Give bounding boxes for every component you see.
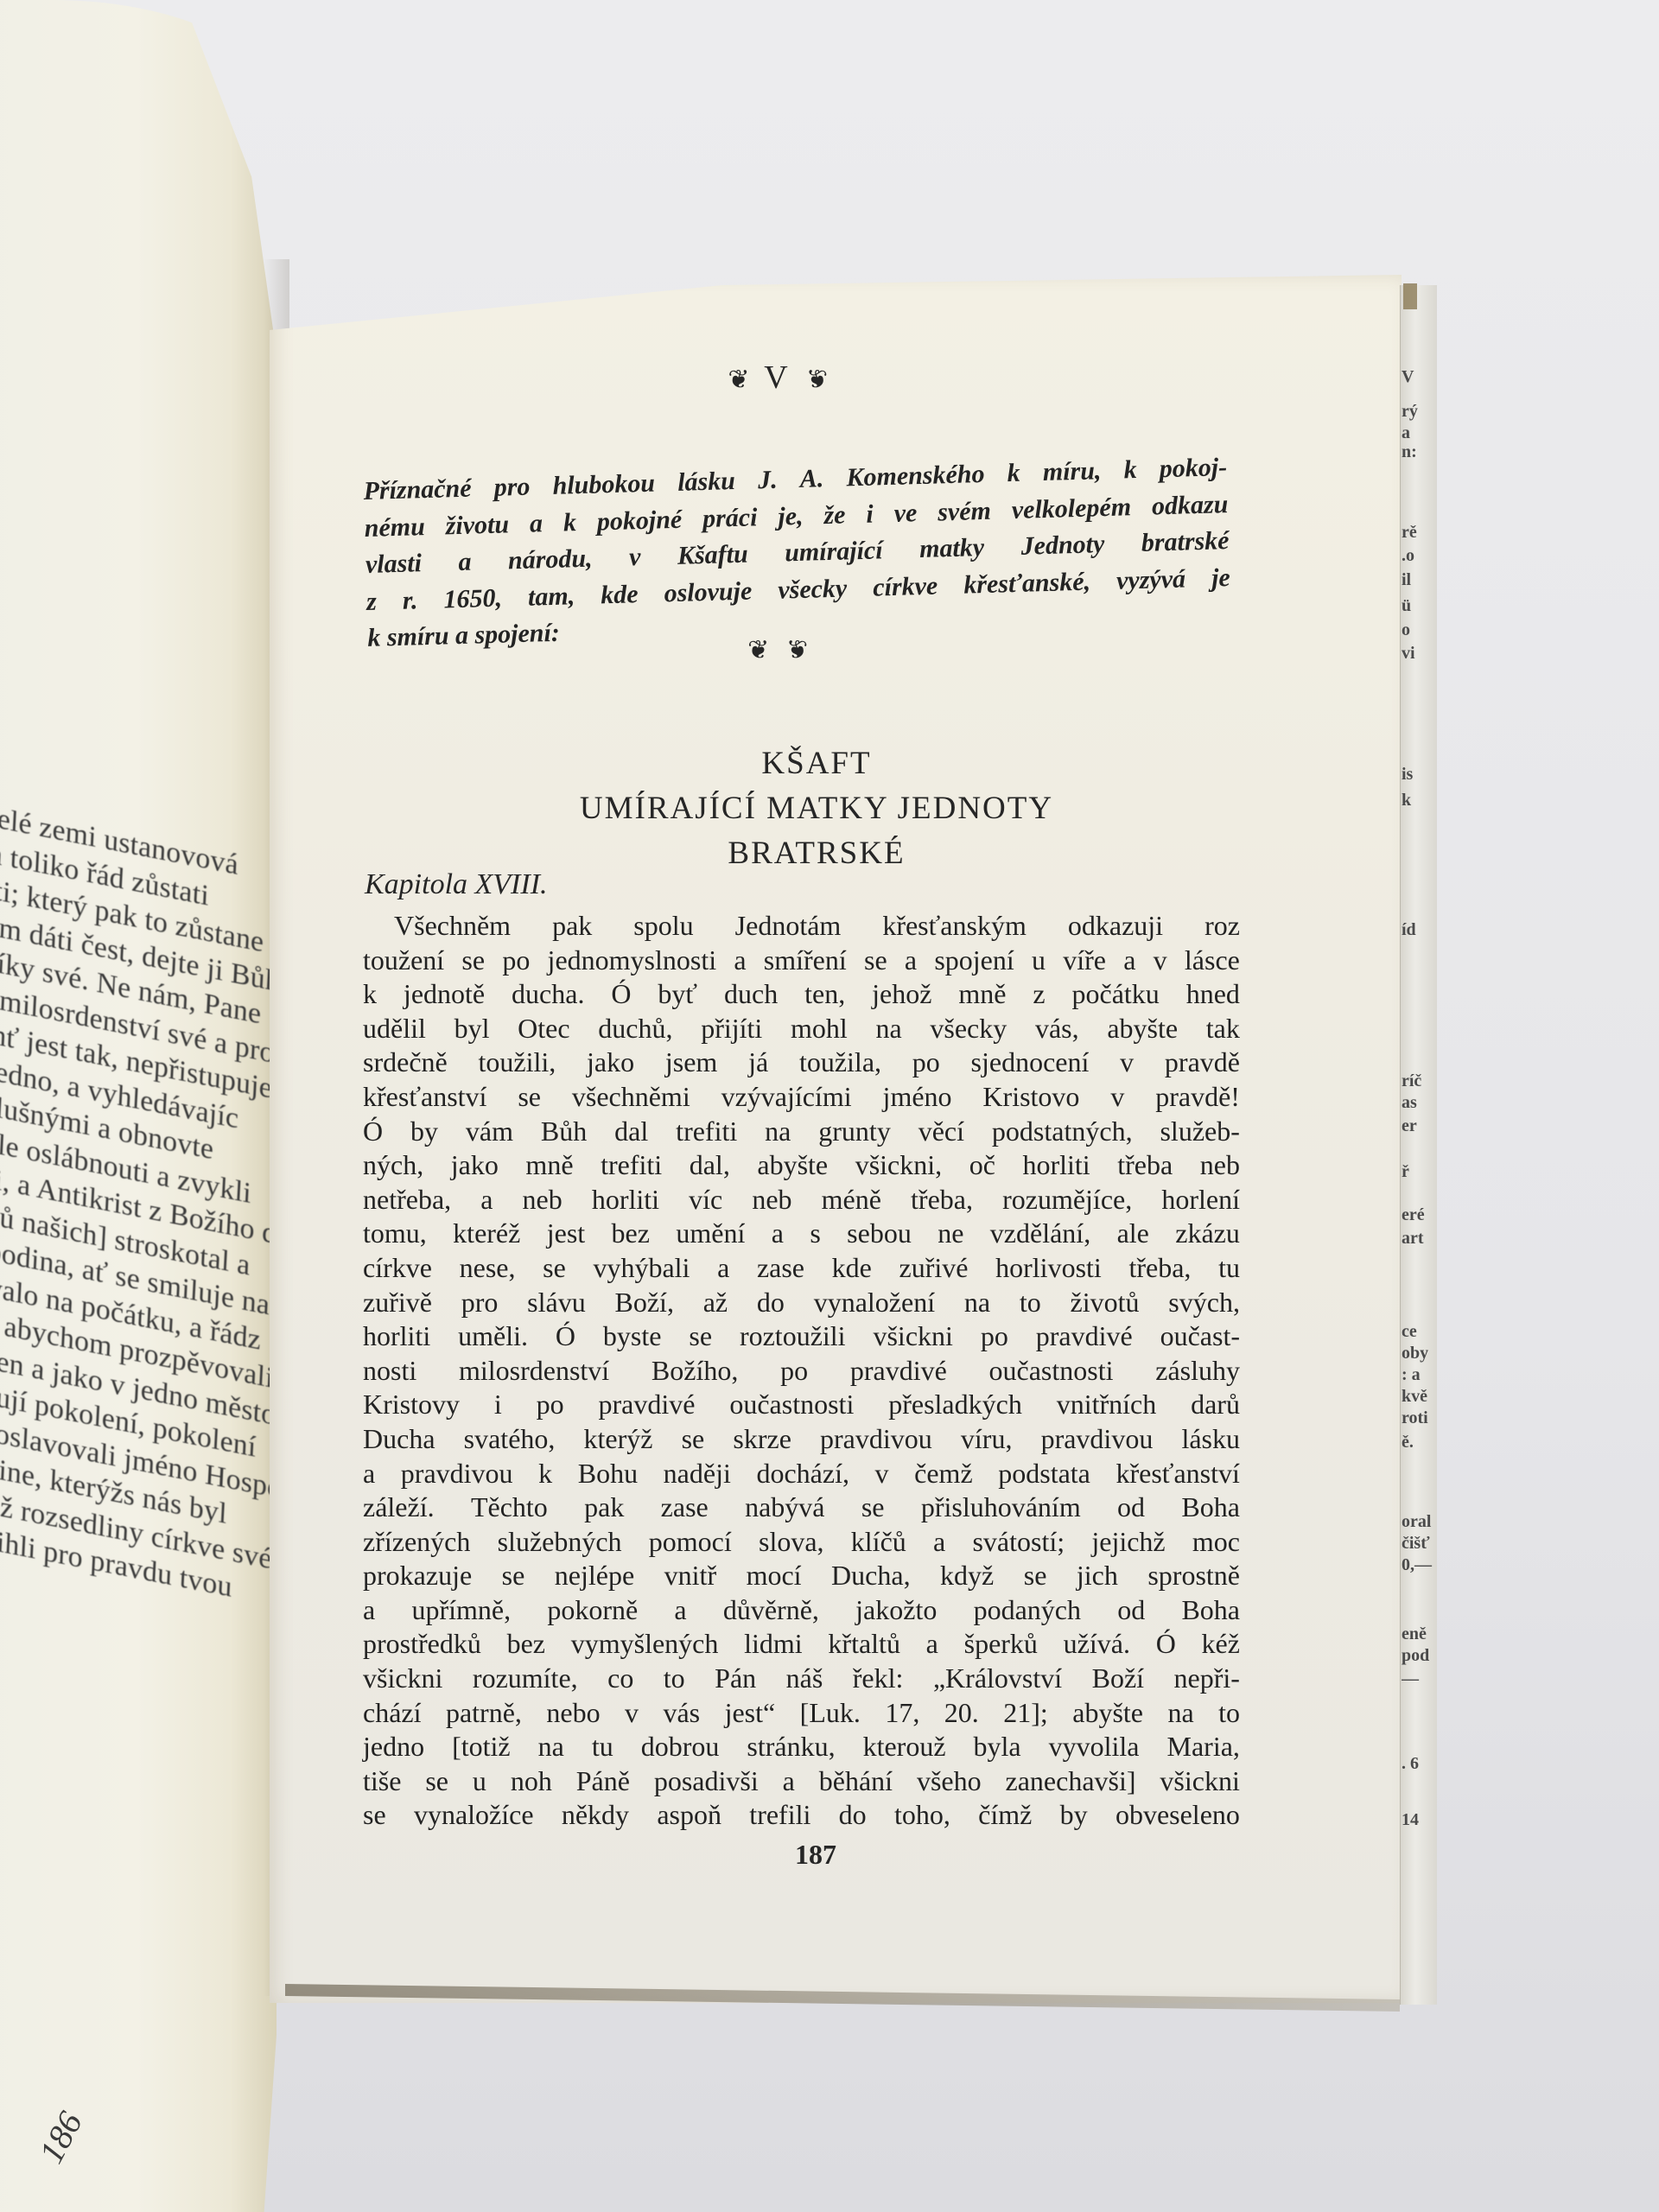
word: míru, <box>1042 453 1102 491</box>
word: mohl <box>791 1012 848 1046</box>
word: a <box>529 505 543 543</box>
word: dochází, <box>756 1457 849 1491</box>
word: vzdělání, <box>990 1217 1090 1251</box>
word: křesťanským <box>882 909 1027 944</box>
text-line: prostředkůbezvymyšlenýchlidmikřtaltůašpe… <box>363 1627 1240 1662</box>
text-line: netřeba,anebhorlitivícnebménětřeba,rozum… <box>363 1183 1240 1217</box>
word: 1650, <box>443 580 503 618</box>
word: se <box>682 1422 705 1457</box>
word: Kristovo <box>982 1080 1079 1115</box>
word: křesťanské, <box>963 563 1091 604</box>
word: i <box>866 496 874 533</box>
word: k smíru a spojení: <box>367 615 561 658</box>
edge-fragment: oral <box>1402 1512 1436 1532</box>
word: Boha <box>1181 1491 1240 1525</box>
word: naději <box>664 1457 731 1491</box>
word: hned <box>1186 977 1240 1012</box>
word: ducha. <box>512 977 584 1012</box>
word: A. <box>799 461 824 498</box>
word: stránku, <box>747 1730 835 1764</box>
edge-fragment: ě. <box>1402 1433 1436 1452</box>
word: oučast- <box>1160 1319 1240 1354</box>
text-line: cházípatrně,nebovvásjest“[Luk.17,20.21];… <box>363 1696 1240 1731</box>
word: Jednoty <box>1020 526 1105 565</box>
word: v <box>625 1696 639 1731</box>
edge-fragment: il <box>1402 570 1436 590</box>
word: vyzývá <box>1116 561 1186 600</box>
word: pravdivé <box>599 1388 696 1422</box>
word: v <box>629 539 642 576</box>
word: J. <box>757 462 778 499</box>
page-edge-stain <box>1403 283 1417 309</box>
edge-fragment: ü <box>1402 596 1436 616</box>
word: se <box>518 1080 541 1115</box>
word: jest <box>547 1217 585 1251</box>
word: se <box>689 1319 712 1354</box>
word: pro <box>493 469 531 507</box>
edge-fragment: íd <box>1402 920 1436 940</box>
text-line: udělilbylOtecduchů,přijítimohlnavšeckyvá… <box>363 1012 1240 1046</box>
word: pravdivé <box>850 1354 947 1389</box>
word: tak <box>1206 1012 1240 1046</box>
underlying-page-edges <box>1400 285 1437 2005</box>
word: vás, <box>1035 1012 1079 1046</box>
intro-paragraph: PříznačnéprohlubokouláskuJ.A.Komenskéhok… <box>363 449 1232 657</box>
word: bez <box>612 1217 650 1251</box>
text-line: prokazujesenejlépevnitřmocíDucha,kdyžsej… <box>363 1559 1240 1593</box>
word: pravdivou <box>820 1422 932 1457</box>
word: abyšte <box>1107 1012 1178 1046</box>
word: že <box>823 497 846 534</box>
word: klíčů <box>851 1525 906 1560</box>
word: zase <box>757 1251 804 1286</box>
word: prostředků <box>363 1627 481 1662</box>
word: jejichž <box>1091 1525 1165 1560</box>
word: nese, <box>460 1251 516 1286</box>
word: jako <box>587 1046 634 1080</box>
word: tu <box>592 1730 613 1764</box>
word: vynaložíce <box>414 1798 534 1833</box>
word: křtaltů <box>828 1627 900 1662</box>
edge-fragment: ríč <box>1402 1071 1436 1091</box>
word: pak <box>552 909 592 944</box>
word: Komenského <box>846 456 985 497</box>
word: ne <box>938 1217 963 1251</box>
text-line: tišeseunohPáněposadivšiaběhánívšehozanec… <box>363 1764 1240 1799</box>
word: zřízených <box>363 1525 470 1560</box>
word: nebo <box>546 1696 600 1731</box>
word: ných, <box>363 1148 423 1183</box>
word: křesťanství <box>1116 1457 1239 1491</box>
word: víc <box>689 1183 722 1217</box>
word: podstata <box>998 1457 1090 1491</box>
text-line: sevynaložíceněkdyaspoňtrefilidotoho,čímž… <box>363 1798 1240 1833</box>
word: toužení <box>363 944 444 978</box>
word: sebou <box>847 1217 912 1251</box>
word: od <box>1117 1491 1145 1525</box>
chapter-heading: Kapitola XVIII. <box>365 868 548 901</box>
word: netřeba, <box>363 1183 451 1217</box>
word: roztoužili <box>740 1319 846 1354</box>
word: Boha <box>1181 1593 1240 1628</box>
fleuron-right-icon: ❦ <box>803 365 828 395</box>
word: všechněmi <box>572 1080 690 1115</box>
word: Ó <box>363 1115 383 1149</box>
word: vlasti <box>365 545 422 583</box>
word: a <box>734 944 746 978</box>
word: neb <box>1200 1148 1240 1183</box>
word: Všechněm <box>394 909 511 944</box>
edge-fragment: — <box>1402 1669 1436 1689</box>
text-line: jedno[totižnatudobroustránku,kteroužbyla… <box>363 1730 1240 1764</box>
word: ve <box>893 495 918 532</box>
word: pravdivé <box>1036 1319 1133 1354</box>
title-line-1: KŠAFT <box>380 741 1253 786</box>
text-line: touženísepojednomyslnostiasmířeníseaspoj… <box>363 944 1240 978</box>
word: vás <box>663 1696 700 1731</box>
word: srdečně <box>363 1046 448 1080</box>
word: zkázu <box>1175 1217 1240 1251</box>
word: hlubokou <box>552 466 656 505</box>
edge-fragment: art <box>1402 1229 1436 1249</box>
word: vzývajícími <box>721 1080 852 1115</box>
word: odkazu <box>1151 486 1229 525</box>
word: horliti <box>363 1319 430 1354</box>
word: uměli. <box>458 1319 528 1354</box>
word: byl <box>454 1012 490 1046</box>
word: se <box>864 944 887 978</box>
word: oučastnosti <box>729 1388 854 1422</box>
word: grunty <box>818 1115 891 1149</box>
word: Ó <box>611 977 631 1012</box>
word: kéž <box>1202 1627 1240 1662</box>
word: vynaložení <box>814 1286 935 1320</box>
word: velkolepém <box>1011 489 1131 529</box>
word: přesladkých <box>888 1388 1022 1422</box>
text-line: zřízenýchslužebnýchpomocíslova,klíčůasvá… <box>363 1525 1240 1560</box>
word: náš <box>786 1662 823 1696</box>
word: z <box>1033 977 1045 1012</box>
edge-fragment: er <box>1402 1116 1436 1136</box>
left-page-text: o celé zemi ustanovováden toliko řád zůs… <box>0 121 276 1603</box>
word: „Království <box>933 1662 1062 1696</box>
word: trefiti <box>676 1115 737 1149</box>
word: by <box>1060 1798 1088 1833</box>
word: nému <box>364 509 425 547</box>
word: 20. <box>944 1696 979 1731</box>
word: běhání <box>819 1764 893 1799</box>
word: u <box>473 1764 486 1799</box>
word: Pán <box>715 1662 756 1696</box>
word: smíření <box>764 944 847 978</box>
section-heading-ornament: ❦ V ❦ <box>691 359 864 397</box>
word: a <box>717 1251 729 1286</box>
edge-fragment: kvě <box>1402 1387 1436 1407</box>
word: neb <box>752 1183 791 1217</box>
word: [Luk. <box>800 1696 861 1731</box>
word: a <box>772 1217 784 1251</box>
text-line: VšechněmpakspoluJednotámkřesťanskýmodkaz… <box>363 909 1240 944</box>
word: v <box>1154 944 1167 978</box>
word: pro <box>461 1286 499 1320</box>
word: počátku <box>1071 977 1159 1012</box>
word: moc <box>1192 1525 1240 1560</box>
word: křesťanství <box>363 1080 486 1115</box>
text-line: Duchasvatého,kterýžseskrzepravdivouvíru,… <box>363 1422 1240 1457</box>
fleuron-left-icon: ❦ <box>747 636 772 664</box>
text-line: všicknirozumíte,cotoPánnášřekl:„Královst… <box>363 1662 1240 1696</box>
word: k <box>538 1457 552 1491</box>
edge-fragment: V <box>1402 367 1436 387</box>
edge-fragment: .o <box>1402 546 1436 566</box>
word: lásce <box>1185 944 1240 978</box>
word: dobrou <box>641 1730 720 1764</box>
word: zásluhy <box>1155 1354 1240 1389</box>
word: já <box>748 1046 768 1080</box>
word: pokorně <box>547 1593 638 1628</box>
word: jako <box>451 1148 499 1183</box>
word: milosrdenství <box>459 1354 609 1389</box>
word: životů <box>1071 1286 1140 1320</box>
word: horlení <box>1161 1183 1240 1217</box>
word: oslovuje <box>664 573 753 612</box>
word: se <box>861 1491 885 1525</box>
word: se <box>461 944 485 978</box>
word: pravdě <box>1165 1046 1240 1080</box>
word: trefiti <box>601 1148 662 1183</box>
word: po <box>912 1046 940 1080</box>
word: Ducha, <box>831 1559 911 1593</box>
word: podaných <box>974 1593 1081 1628</box>
word: víru, <box>961 1422 1013 1457</box>
text-line: křesťanstvísevšechněmivzývajícímijménoKr… <box>363 1080 1240 1115</box>
word: třeba, <box>1128 1251 1191 1286</box>
word: životu <box>445 506 510 545</box>
word: a <box>480 1183 493 1217</box>
word: čímž <box>978 1798 1032 1833</box>
word: zase <box>661 1491 709 1525</box>
word: méně <box>822 1183 881 1217</box>
word: Páně <box>576 1764 630 1799</box>
word: jehož <box>872 977 931 1012</box>
edge-fragment: . 6 <box>1402 1754 1436 1774</box>
word: z <box>366 583 378 620</box>
word: od <box>1117 1593 1145 1628</box>
word: třeba <box>1117 1148 1173 1183</box>
word: se <box>543 1251 566 1286</box>
word: [totiž <box>452 1730 511 1764</box>
word: rozumíte, <box>473 1662 578 1696</box>
word: na <box>964 1286 990 1320</box>
word: na <box>538 1730 564 1764</box>
word: Bohu <box>578 1457 638 1491</box>
word: šperků <box>964 1627 1038 1662</box>
word: sjednocení <box>971 1046 1090 1080</box>
word: to <box>664 1662 685 1696</box>
word: k <box>1007 455 1020 493</box>
body-text: VšechněmpakspoluJednotámkřesťanskýmodkaz… <box>363 909 1240 1833</box>
word: služebných <box>498 1525 622 1560</box>
edge-fragment: : a <box>1402 1365 1436 1385</box>
word: všickni <box>1160 1764 1239 1799</box>
word: jméno <box>883 1080 952 1115</box>
word: dal, <box>690 1148 730 1183</box>
word: bez <box>507 1627 545 1662</box>
word: duchů, <box>598 1012 672 1046</box>
word: k <box>363 977 377 1012</box>
edge-fragment: rě <box>1402 523 1436 543</box>
word: a <box>363 1457 375 1491</box>
edge-fragment: 14 <box>1402 1810 1436 1830</box>
edge-fragment: a <box>1402 423 1436 443</box>
edge-fragment: rý <box>1402 402 1436 422</box>
word: kde <box>601 576 639 614</box>
word: ten, <box>804 977 845 1012</box>
word: Maria, <box>1167 1730 1240 1764</box>
word: Příznačné <box>363 471 472 511</box>
word: v <box>875 1457 889 1491</box>
left-page: o celé zemi ustanovováden toliko řád zůs… <box>0 0 276 2212</box>
edge-fragment: o <box>1402 620 1436 640</box>
word: nejlépe <box>555 1559 634 1593</box>
word: všickni <box>873 1319 952 1354</box>
word: kde <box>832 1251 872 1286</box>
word: nosti <box>363 1354 416 1389</box>
word: všickni, <box>855 1148 942 1183</box>
word: Bůh <box>541 1115 587 1149</box>
text-line: záleží.Těchtopakzasenabývásepřisluhování… <box>363 1491 1240 1525</box>
section-number: V <box>764 359 791 396</box>
edge-fragment: n: <box>1402 442 1436 462</box>
word: sprostně <box>1147 1559 1240 1593</box>
word: skrze <box>733 1422 791 1457</box>
word: tomu, <box>363 1217 427 1251</box>
word: oč <box>969 1148 995 1183</box>
word: pokojné <box>596 501 682 540</box>
word: toužili, <box>478 1046 556 1080</box>
text-line: apravdivoukBohunadějidochází,včemžpodsta… <box>363 1457 1240 1491</box>
word: neb <box>523 1183 563 1217</box>
word: udělil <box>363 1012 426 1046</box>
fleuron-left-icon: ❦ <box>728 365 753 394</box>
word: duch <box>724 977 778 1012</box>
word: Ducha <box>363 1422 435 1457</box>
word: jednotě <box>404 977 485 1012</box>
word: a <box>363 1593 375 1628</box>
word: vnitř <box>664 1559 716 1593</box>
word: služeb- <box>1160 1115 1239 1149</box>
word: u <box>1032 944 1046 978</box>
text-line: Kristovyipopravdivéoučastnostipřesladkýc… <box>363 1388 1240 1422</box>
word: vám <box>466 1115 513 1149</box>
text-line: ÓbyvámBůhdaltrefitinagruntyvěcípodstatný… <box>363 1115 1240 1149</box>
word: zuřivě <box>363 1286 432 1320</box>
edge-fragment: eně <box>1402 1624 1436 1644</box>
word: zanechavši] <box>1006 1764 1136 1799</box>
word: lidmi <box>744 1627 803 1662</box>
word: v <box>1110 1080 1124 1115</box>
edge-fragment: ce <box>1402 1322 1436 1342</box>
word: 17, <box>885 1696 919 1731</box>
word: co <box>607 1662 633 1696</box>
word: se <box>363 1798 386 1833</box>
word: tu <box>1218 1251 1240 1286</box>
word: je, <box>778 498 804 535</box>
word: lásku <box>1181 1422 1240 1457</box>
word: nepři- <box>1174 1662 1240 1696</box>
word: Ó <box>556 1319 575 1354</box>
word: svých, <box>1168 1286 1240 1320</box>
word: dal <box>614 1115 648 1149</box>
word: posadivši <box>654 1764 759 1799</box>
word: národu, <box>507 541 593 580</box>
word: oučastnosti <box>989 1354 1114 1389</box>
word: užívá. <box>1064 1627 1130 1662</box>
word: to <box>1218 1696 1240 1731</box>
word: je <box>1211 560 1230 597</box>
word: všecky <box>778 570 848 609</box>
word: Boží <box>1092 1662 1144 1696</box>
word: někdy <box>562 1798 629 1833</box>
word: byť <box>658 977 697 1012</box>
word: slávu <box>527 1286 586 1320</box>
word: tiše <box>363 1764 401 1799</box>
word: mně <box>525 1148 573 1183</box>
word: jednomyslnosti <box>548 944 717 978</box>
word: víře <box>1063 944 1106 978</box>
word: to <box>1020 1286 1041 1320</box>
word: pomocí <box>649 1525 732 1560</box>
text-line: církvenese,sevyhýbaliazasekdezuřivéhorli… <box>363 1251 1240 1286</box>
text-line: ných,jakomnětrefitidal,abyštevšickni,očh… <box>363 1148 1240 1183</box>
word: Těchto <box>471 1491 548 1525</box>
word: vymyšlených <box>571 1627 719 1662</box>
word: umění <box>676 1217 745 1251</box>
word: ale <box>1117 1217 1149 1251</box>
word: se <box>1024 1559 1047 1593</box>
word: se <box>425 1764 448 1799</box>
word: chází <box>363 1696 422 1731</box>
word: vnitřních <box>1057 1388 1157 1422</box>
word: byla <box>974 1730 1021 1764</box>
word: do <box>839 1798 867 1833</box>
word: horliti <box>1022 1148 1090 1183</box>
word: a <box>933 1525 945 1560</box>
word: darů <box>1191 1388 1240 1422</box>
edge-fragment: roti <box>1402 1408 1436 1428</box>
word: aspoň <box>657 1798 721 1833</box>
word: záleží. <box>363 1491 435 1525</box>
word: v <box>1120 1046 1134 1080</box>
word: Boží, <box>615 1286 674 1320</box>
word: jsem <box>665 1046 717 1080</box>
word: a <box>674 1593 686 1628</box>
word: jakožto <box>855 1593 937 1628</box>
word: vyhýbali <box>593 1251 690 1286</box>
word: nabývá <box>745 1491 824 1525</box>
word: do <box>757 1286 785 1320</box>
word: pak <box>584 1491 624 1525</box>
word: slova, <box>759 1525 824 1560</box>
word: spojení <box>934 944 1014 978</box>
word: noh <box>511 1764 552 1799</box>
word: věcí <box>918 1115 964 1149</box>
word: po <box>537 1388 564 1422</box>
text-line: srdečnětoužili,jakojsemjátoužila,posjedn… <box>363 1046 1240 1080</box>
text-line: tomu,kteréžjestbezuměníassebounevzdělání… <box>363 1217 1240 1251</box>
word: práci <box>702 499 758 537</box>
word: všickni <box>363 1662 442 1696</box>
